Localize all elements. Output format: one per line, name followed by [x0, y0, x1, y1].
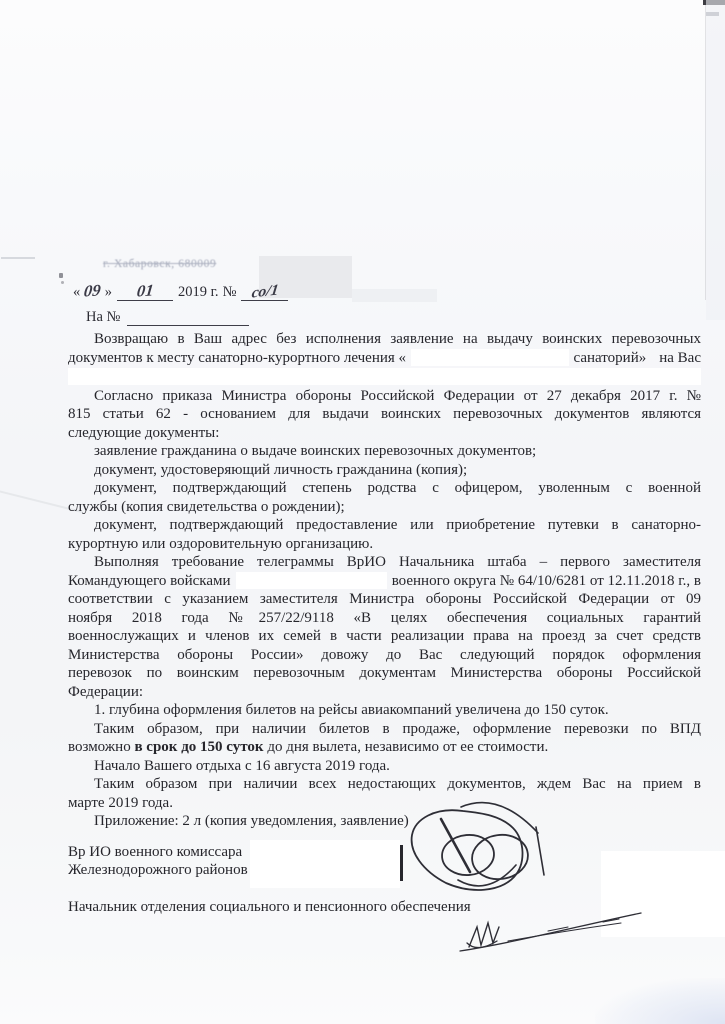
- date-number-line: « 09 » 01 2019 г. № со/1: [71, 279, 288, 301]
- text-line: Начало Вашего отдыха с 16 августа 2019 г…: [68, 757, 701, 776]
- text-line: военнослужащих и членов их семей в части…: [68, 627, 701, 646]
- document-number-blank: со/1: [241, 281, 288, 301]
- text-line: соответствии с указанием заместителя Мин…: [68, 590, 701, 609]
- incoming-ref-line: На №: [71, 306, 288, 326]
- quote-open: «: [71, 284, 82, 301]
- redaction-box-district-name: [236, 572, 387, 589]
- text-line: курортную или оздоровительную организаци…: [68, 535, 701, 554]
- text-line: документ, удостоверяющий личность гражда…: [68, 461, 701, 480]
- handwritten-flourish-signature: [453, 905, 648, 963]
- text-fragment: санаторий»: [574, 349, 647, 368]
- text-line: ноября 2018 года №257/22/9118 «В целях о…: [68, 609, 701, 628]
- redaction-gray-block: [352, 289, 437, 302]
- text-line: Федерации:: [68, 683, 701, 702]
- handwritten-signature-scribble: [401, 795, 561, 905]
- text-fragment: до дня вылета, независимо от ее стоимост…: [264, 739, 549, 755]
- spacer: [646, 357, 659, 358]
- text-fragment: возможно: [68, 739, 134, 755]
- text-line: службы (копия свидетельства о рождении);: [68, 498, 701, 517]
- text-line: следующие документы:: [68, 424, 701, 443]
- scanned-document-page: г. Хабаровск, 680009 « 09 » 01 2019 г. №…: [0, 0, 725, 1024]
- scan-edge-band: [706, 0, 725, 320]
- text-line: Возвращаю в Ваш адрес без исполнения зая…: [68, 330, 701, 349]
- text-line: марте 2019 года.: [68, 794, 701, 813]
- text-line: 815 статьи 62 - основанием для выдачи во…: [68, 405, 701, 424]
- quote-close: »: [103, 284, 114, 301]
- text-line: заявление гражданина о выдаче воинских п…: [68, 442, 701, 461]
- letter-body: Возвращаю в Ваш адрес без исполнения зая…: [68, 330, 701, 917]
- handwritten-number: со/1: [250, 281, 279, 302]
- bold-deadline-text: в срок до 150 суток: [134, 739, 263, 755]
- text-line: документ, подтверждающий предоставление …: [68, 516, 701, 535]
- text-line: документ, подтверждающий степень родства…: [68, 479, 701, 498]
- number-sign: №: [221, 284, 239, 301]
- text-line: Таким образом, при наличии билетов в про…: [68, 720, 701, 739]
- text-fragment: на Вас: [659, 349, 701, 368]
- text-line: Таким образом при наличии всех недостающ…: [68, 775, 701, 794]
- text-line: Согласно приказа Министра обороны Россий…: [68, 387, 701, 406]
- text-fragment: документов к месту санаторно-курортного …: [68, 349, 406, 368]
- handwritten-month: 01: [136, 280, 155, 301]
- redaction-box-sanatorium-name: [411, 349, 568, 366]
- scan-speck: [61, 281, 64, 284]
- text-fragment: Командующего войсками: [68, 572, 231, 591]
- reference-block: « 09 » 01 2019 г. № со/1 На №: [71, 279, 288, 326]
- scan-speck: [1, 257, 35, 259]
- text-line-with-bold: возможно в срок до 150 суток до дня выле…: [68, 738, 701, 757]
- redacted-line: [68, 368, 701, 387]
- text-line-with-redaction: документов к месту санаторно-курортного …: [68, 349, 701, 368]
- scan-shadow-tint: [595, 978, 725, 1024]
- text-line: Выполняя требование телеграммы ВрИО Нача…: [68, 553, 701, 572]
- incoming-label: На №: [84, 309, 122, 326]
- date-month-blank: 01: [117, 281, 173, 301]
- text-line-with-redaction: Командующего войсками военного округа № …: [68, 572, 701, 591]
- incoming-number-blank: [127, 309, 249, 326]
- text-line: перевозок по воинским перевозочным докум…: [68, 664, 701, 683]
- text-line: Министерства обороны России» довожу до В…: [68, 646, 701, 665]
- year-label: 2019 г.: [176, 284, 221, 301]
- redaction-line-addressee: [68, 368, 701, 385]
- handwritten-day: 09: [83, 280, 102, 301]
- scan-speck: [59, 273, 63, 278]
- text-fragment: военного округа № 64/10/6281 от 12.11.20…: [392, 572, 701, 591]
- text-line: 1. глубина оформления билетов на рейсы а…: [68, 701, 701, 720]
- letterhead-city-line: г. Хабаровск, 680009: [103, 258, 216, 270]
- attachment-line: Приложение: 2 л (копия уведомления, заяв…: [68, 812, 701, 831]
- redaction-box-commissar-name: [250, 840, 400, 888]
